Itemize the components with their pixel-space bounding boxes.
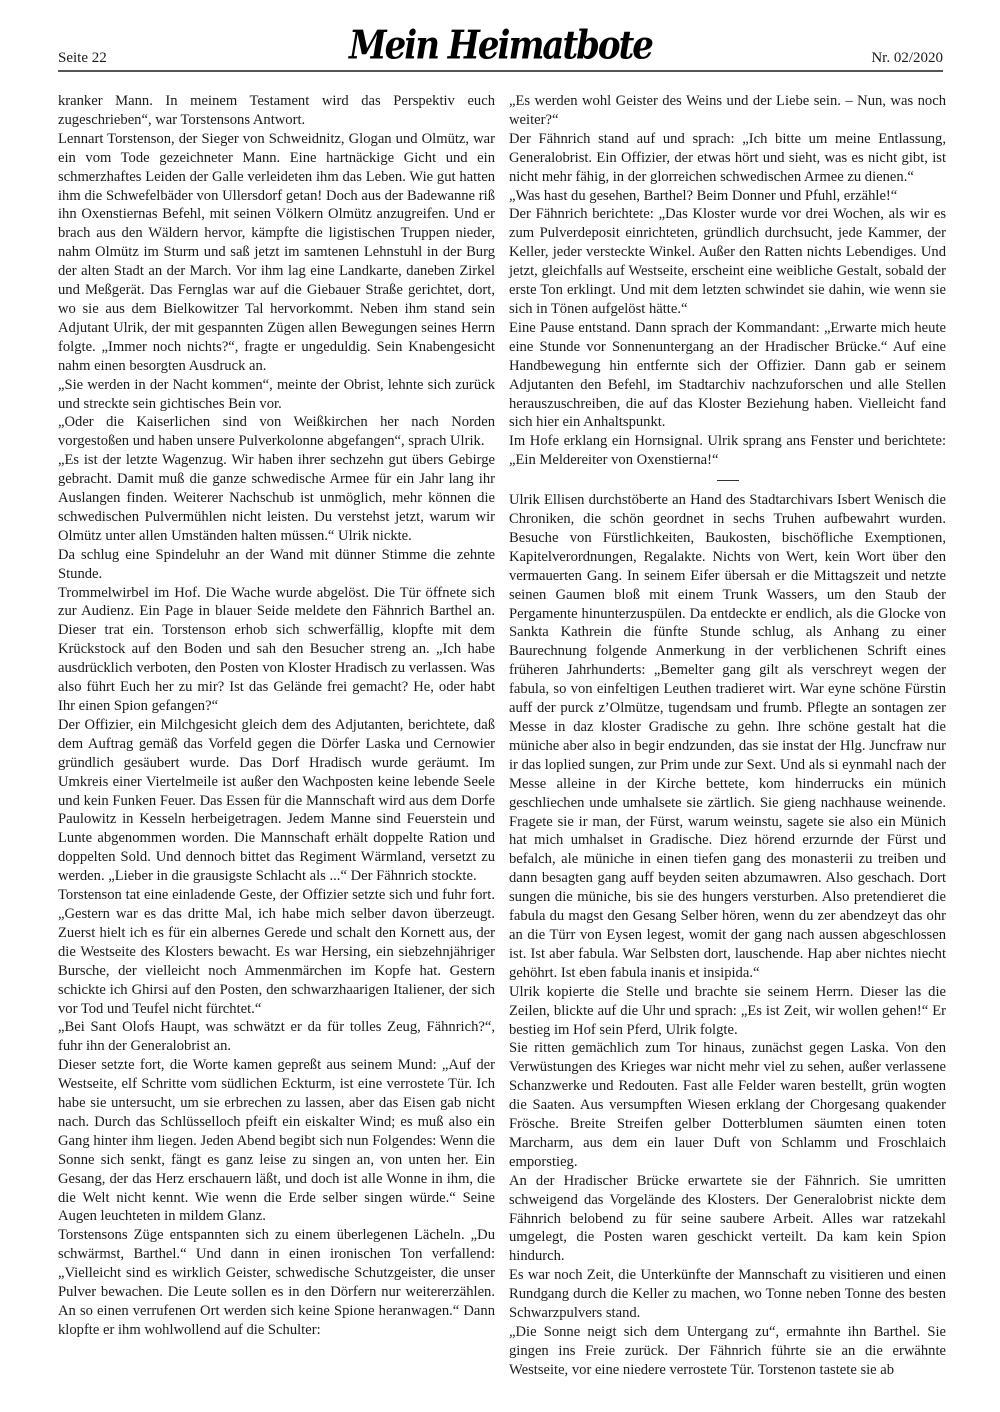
paragraph: Dieser setzte fort, die Worte kamen gepr… bbox=[58, 1056, 495, 1226]
paragraph: „Oder die Kaiserlichen sind von Weißkirc… bbox=[58, 413, 495, 451]
right-column: „Es werden wohl Geister des Weins und de… bbox=[509, 92, 946, 1380]
paragraph: „Die Sonne neigt sich dem Untergang zu“,… bbox=[509, 1323, 946, 1380]
paragraph: „Was hast du gesehen, Barthel? Beim Donn… bbox=[509, 187, 946, 206]
paragraph: Lennart Torstenson, der Sieger von Schwe… bbox=[58, 130, 495, 376]
paragraph: Im Hofe erklang ein Hornsignal. Ulrik sp… bbox=[509, 432, 946, 470]
issue-number: Nr. 02/2020 bbox=[871, 50, 943, 67]
paragraph: Es war noch Zeit, die Unterkünfte der Ma… bbox=[509, 1266, 946, 1323]
paragraph: Sie ritten gemächlich zum Tor hinaus, zu… bbox=[509, 1039, 946, 1171]
paragraph: An der Hradischer Brücke erwartete sie d… bbox=[509, 1172, 946, 1267]
masthead-logo: Mein Heimatbote bbox=[58, 23, 943, 69]
paragraph: Eine Pause entstand. Dann sprach der Kom… bbox=[509, 319, 946, 432]
paragraph: Da schlug eine Spindeluhr an der Wand mi… bbox=[58, 546, 495, 584]
left-column: kranker Mann. In meinem Testament wird d… bbox=[58, 92, 495, 1340]
paragraph: Trommelwirbel im Hof. Die Wache wurde ab… bbox=[58, 584, 495, 716]
paragraph: Der Fähnrich berichtete: „Das Kloster wu… bbox=[509, 205, 946, 318]
page-header: Seite 22 Mein Heimatbote Nr. 02/2020 bbox=[58, 20, 943, 70]
paragraph: Torstenson tat eine einladende Geste, de… bbox=[58, 886, 495, 1018]
paragraph: Der Offizier, ein Milchgesicht gleich de… bbox=[58, 716, 495, 886]
paragraph: Ulrik kopierte die Stelle und brachte si… bbox=[509, 983, 946, 1040]
paragraph: „Bei Sant Olofs Haupt, was schwätzt er d… bbox=[58, 1018, 495, 1056]
paragraph: Ulrik Ellisen durchstöberte an Hand des … bbox=[509, 491, 946, 983]
header-rule bbox=[58, 70, 943, 72]
paragraph: „Es ist der letzte Wagenzug. Wir haben i… bbox=[58, 451, 495, 546]
paragraph: kranker Mann. In meinem Testament wird d… bbox=[58, 92, 495, 130]
paragraph: „Sie werden in der Nacht kommen“, meinte… bbox=[58, 376, 495, 414]
paragraph: „Es werden wohl Geister des Weins und de… bbox=[509, 92, 946, 130]
paragraph: Torstensons Züge entspannten sich zu ein… bbox=[58, 1226, 495, 1339]
section-separator bbox=[717, 480, 739, 481]
paragraph: Der Fähnrich stand auf und sprach: „Ich … bbox=[509, 130, 946, 187]
